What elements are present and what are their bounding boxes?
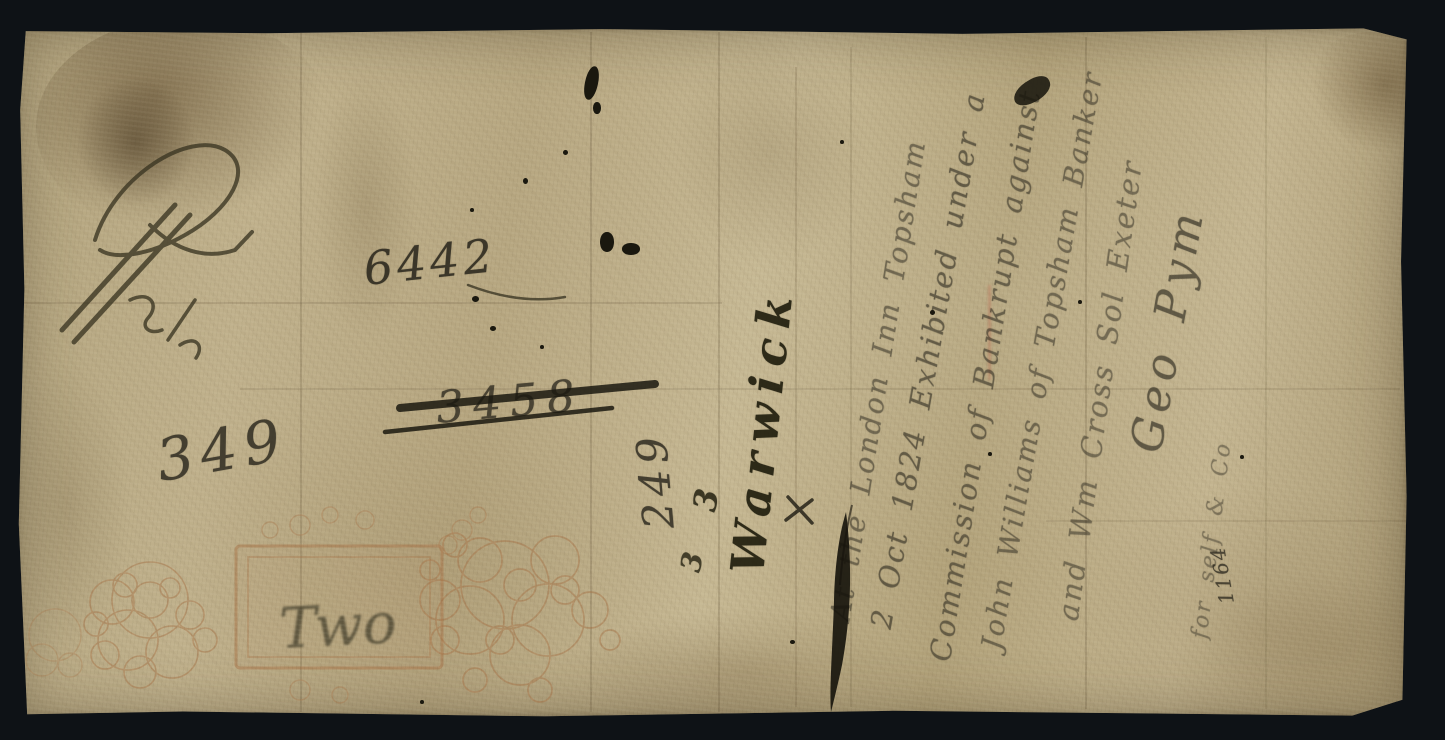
photo-backdrop: Two 6442 349 3458 249 1164 At the London…	[0, 0, 1445, 740]
signature-flourish: 3	[674, 549, 710, 575]
ink-dot	[472, 296, 479, 302]
ink-blot	[600, 232, 614, 252]
stain-mid-left-band	[311, 62, 421, 352]
fold-line	[300, 32, 302, 712]
stain-left-middle	[0, 347, 136, 667]
serial-tail-flourish	[468, 285, 565, 299]
ink-dot	[1240, 455, 1244, 459]
ink-blot	[593, 102, 601, 114]
crease-horizontal	[22, 302, 722, 304]
banknote-reverse: Two 6442 349 3458 249 1164 At the London…	[16, 27, 1408, 717]
stain-top-right	[1301, 32, 1441, 162]
stain-top-left-core	[71, 72, 201, 212]
stamp-word: Two	[278, 591, 398, 662]
rotated-number: 249	[626, 429, 683, 531]
ink-dot	[523, 178, 528, 184]
stain-center-top	[666, 27, 876, 277]
ink-blot	[582, 65, 602, 101]
ink-dot	[1078, 300, 1082, 304]
fold-line	[1265, 37, 1267, 709]
crease-horizontal	[240, 388, 1400, 390]
ink-dot	[988, 452, 992, 456]
ink-dot	[790, 640, 795, 644]
ink-dot	[490, 326, 496, 331]
fold-line	[590, 32, 592, 712]
fold-line	[795, 67, 797, 707]
ink-dot	[563, 150, 568, 155]
cancelled-number: 3458	[434, 370, 586, 434]
ink-blot	[622, 243, 640, 255]
ink-dot	[930, 310, 935, 315]
ledger-number: 349	[151, 405, 293, 495]
ink-dot	[470, 208, 474, 212]
signature: Warwick	[720, 284, 804, 577]
ink-dot	[420, 700, 424, 704]
rosette-tendrils	[262, 507, 486, 703]
stamp-frame	[236, 546, 442, 668]
ink-dot	[840, 140, 844, 144]
fold-line	[718, 32, 720, 712]
ink-dot	[540, 345, 544, 349]
signature-flourish: 3	[685, 486, 726, 515]
